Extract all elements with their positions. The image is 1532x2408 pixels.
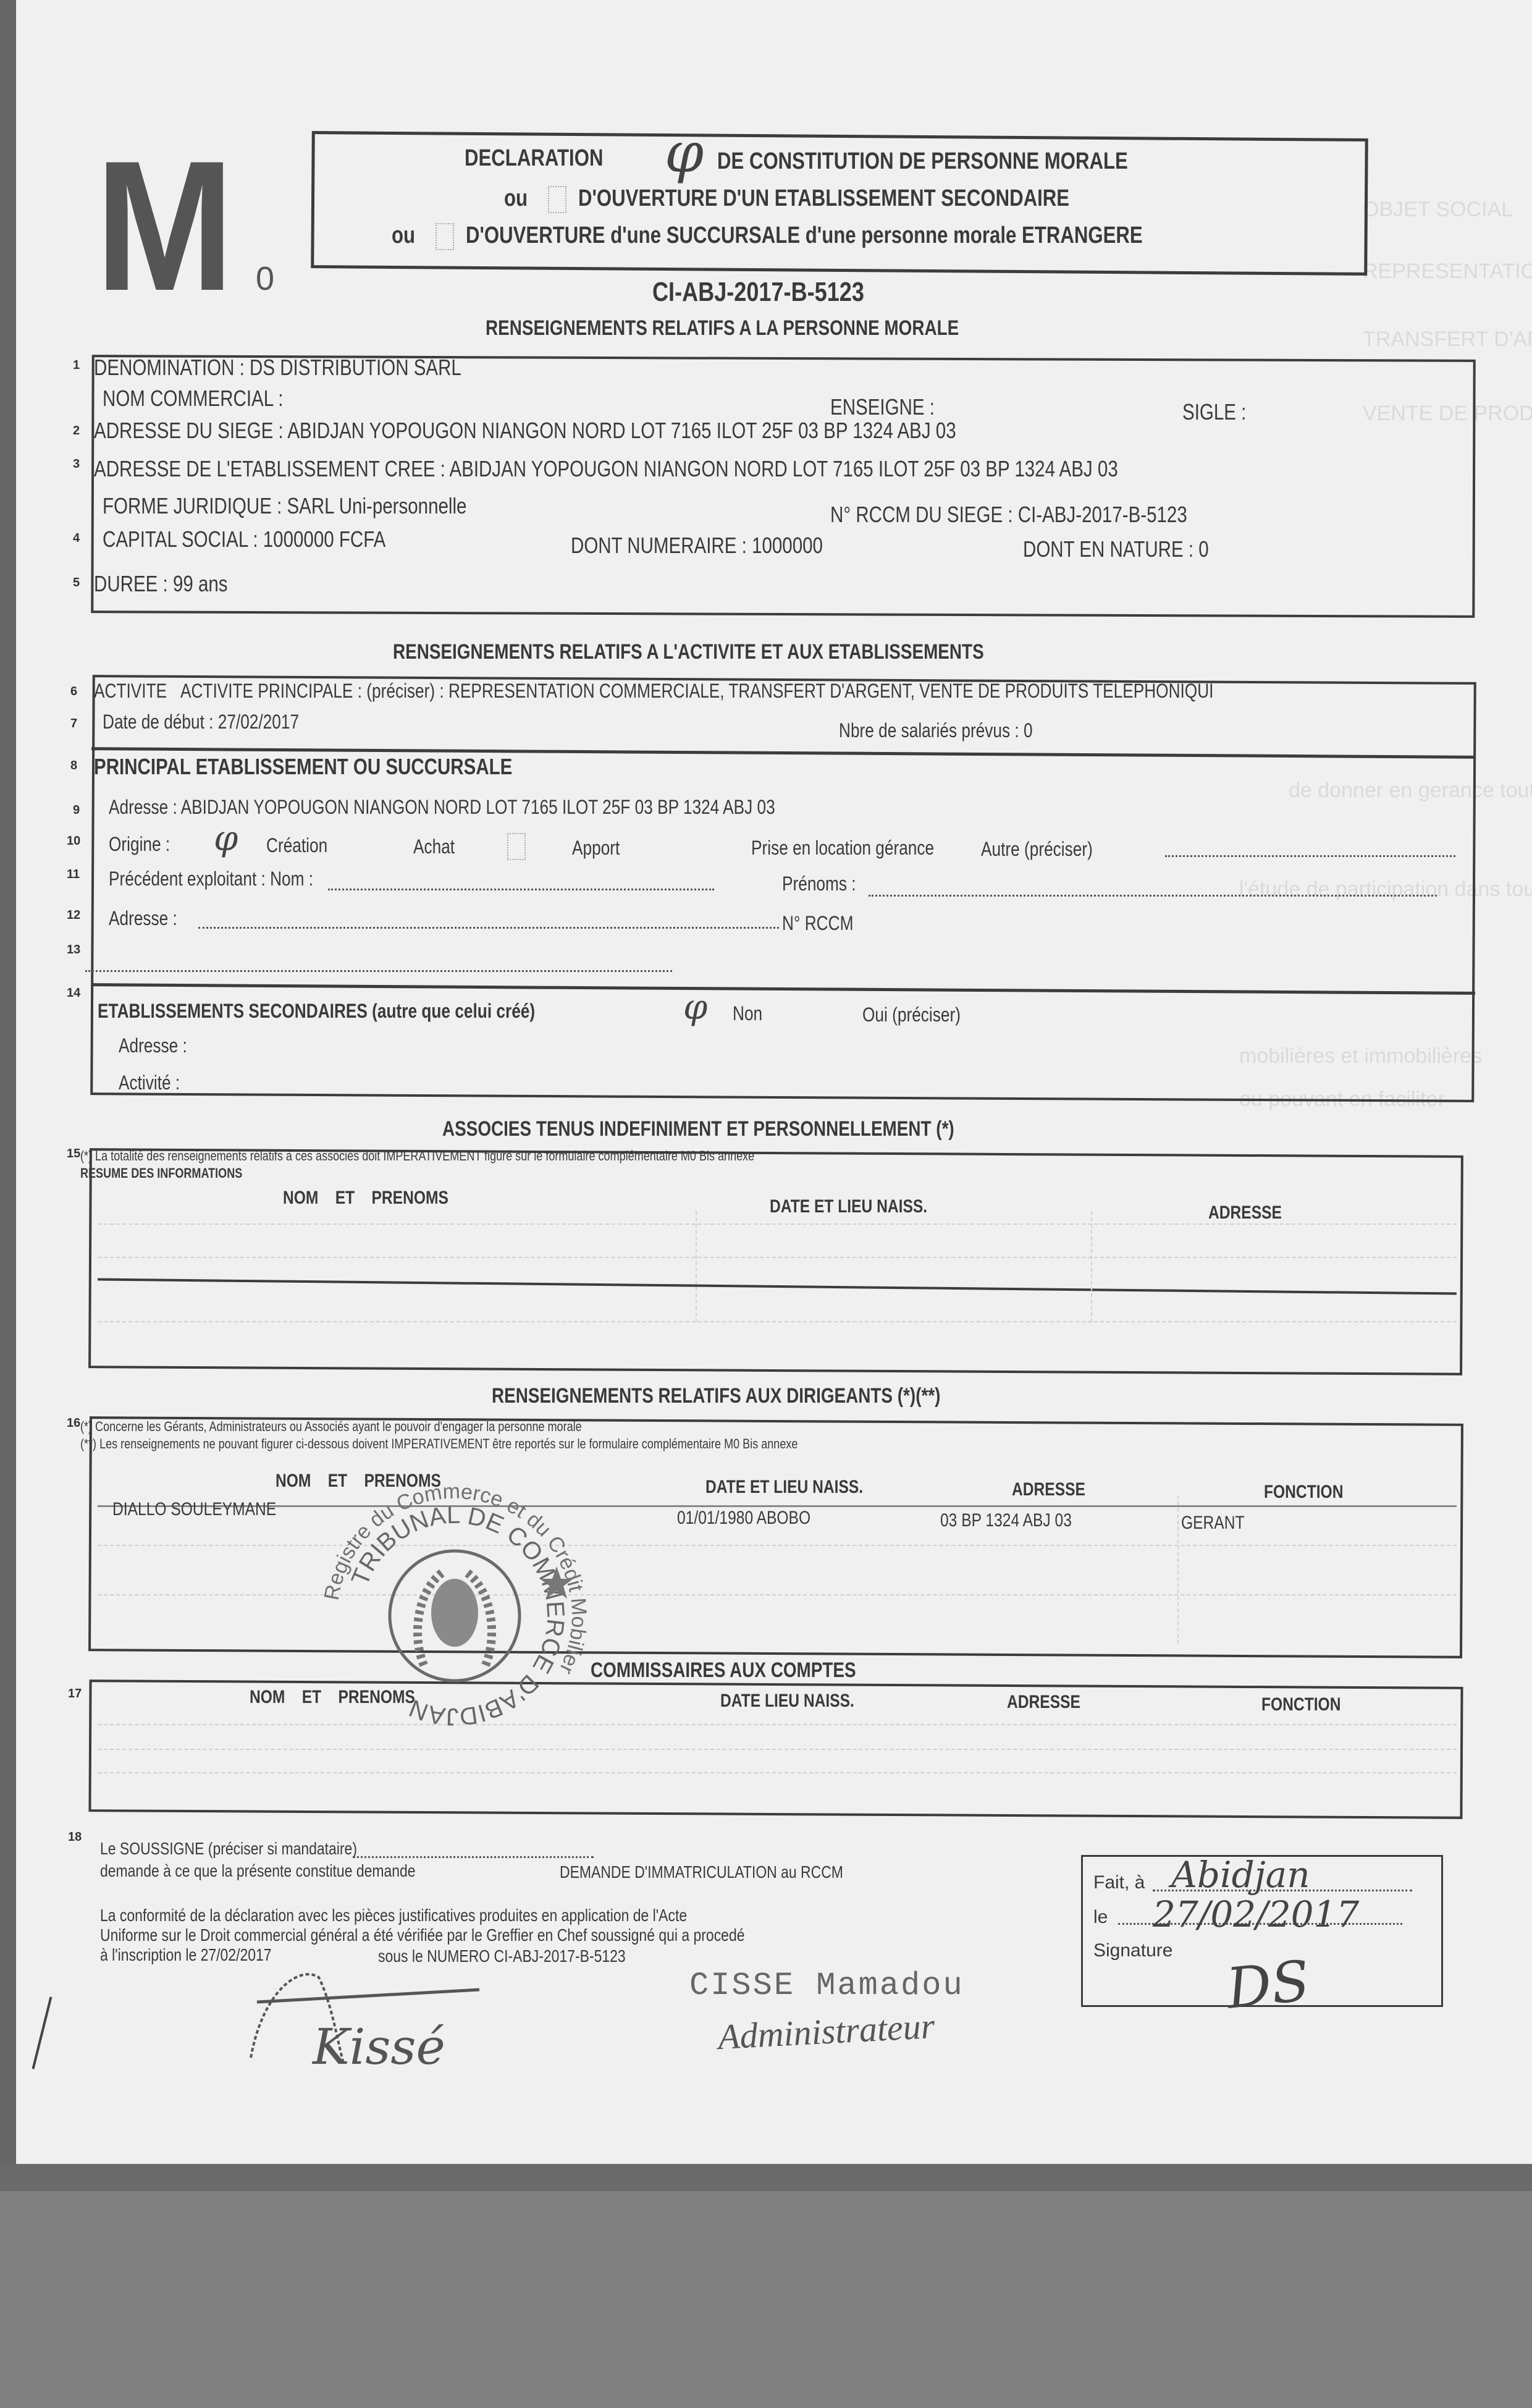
dirigeants-note-2: (**) Les renseignements ne pouvant figur… xyxy=(80,1436,955,1452)
check-mark-icon: φ xyxy=(683,987,707,1028)
pen-stroke xyxy=(32,1996,53,2069)
bleed-through-text: REPRESENTATION COMMERCIALE xyxy=(1363,260,1532,284)
signature-label: Signature xyxy=(1093,1940,1172,1961)
section-title-activite: RENSEIGNEMENTS RELATIFS A L'ACTIVITE ET … xyxy=(393,640,1114,664)
table-gridline xyxy=(98,1223,1457,1225)
conformite-line-3: à l'inscription le 27/02/2017 xyxy=(100,1945,309,1965)
field-duree: DUREE : 99 ans xyxy=(94,571,257,597)
associes-col-nom: NOM ET PRENOMS xyxy=(283,1188,485,1209)
scan-edge-band xyxy=(0,2164,1532,2191)
field-precedent-nom: Précédent exploitant : Nom : xyxy=(109,868,358,890)
table-gridline xyxy=(696,1211,697,1322)
field-dont-numeraire: DONT NUMERAIRE : 1000000 xyxy=(571,533,878,559)
form-logo-subscript: 0 xyxy=(256,260,274,298)
document-page: OBJET SOCIAL REPRESENTATION COMMERCIALE … xyxy=(16,0,1532,2164)
table-gridline xyxy=(98,1749,1457,1750)
check-mark-icon: φ xyxy=(214,819,238,859)
associes-subtitle: RESUME DES INFORMATIONS xyxy=(80,1165,278,1181)
etab-option-non[interactable]: Non xyxy=(733,1002,769,1025)
form-logo: M xyxy=(95,133,243,318)
dirigeant-nom: DIALLO SOULEYMANE xyxy=(112,1499,312,1520)
line-number: 5 xyxy=(73,576,80,590)
section-dirigeants xyxy=(88,1416,1463,1658)
commissaires-col-adresse: ADRESSE xyxy=(1007,1692,1096,1713)
field-nom-commercial: NOM COMMERCIAL : xyxy=(103,386,323,412)
conformite-line-1: La conformité de la déclaration avec les… xyxy=(100,1906,816,1925)
checkbox-apport[interactable] xyxy=(507,833,526,860)
line-number: 8 xyxy=(70,759,77,773)
line-number: 16 xyxy=(67,1416,80,1430)
declaration-option-succursale[interactable]: ou D'OUVERTURE d'une SUCCURSALE d'une pe… xyxy=(392,222,1291,250)
origine-option-autre[interactable]: Autre (préciser) xyxy=(981,838,1117,861)
line-number: 2 xyxy=(73,424,80,438)
demande-text: demande à ce que la présente constitue d… xyxy=(100,1861,485,1881)
line-number: 12 xyxy=(67,908,80,923)
demande-type: DEMANDE D'IMMATRICULATION au RCCM xyxy=(560,1862,906,1882)
conformite-line-2: Uniforme sur le Droit commercial général… xyxy=(100,1925,886,1945)
checkbox-etablissement[interactable] xyxy=(548,186,566,213)
rccm-number: CI-ABJ-2017-B-5123 xyxy=(652,277,911,308)
line-number: 18 xyxy=(68,1830,82,1844)
fait-a-label: Fait, à xyxy=(1093,1872,1145,1893)
line-number: 11 xyxy=(67,868,80,882)
etab-option-oui[interactable]: Oui (préciser) xyxy=(862,1003,982,1026)
dirigeants-col-adresse: ADRESSE xyxy=(1012,1479,1101,1500)
field-etab-adresse: Adresse : xyxy=(119,1034,202,1057)
field-rccm-siege: N° RCCM DU SIEGE : CI-ABJ-2017-B-5123 xyxy=(830,502,1266,528)
dirigeants-note-1: (*) Concerne les Gérants, Administrateur… xyxy=(80,1419,692,1435)
field-adresse-principal: Adresse : ABIDJAN YOPOUGON NIANGON NORD … xyxy=(109,796,922,819)
adresse-precedent-input[interactable] xyxy=(198,927,779,929)
line-number: 10 xyxy=(67,834,80,848)
bleed-through-text: OBJET SOCIAL xyxy=(1363,198,1513,222)
table-gridline xyxy=(98,1594,1457,1595)
origine-option-apport[interactable]: Apport xyxy=(572,837,630,860)
field-dont-nature: DONT EN NATURE : 0 xyxy=(1023,536,1250,562)
line-number: 15 xyxy=(67,1147,80,1161)
origine-option-location-gerance[interactable]: Prise en location gérance xyxy=(751,837,974,860)
dirigeant-adresse: 03 BP 1324 ABJ 03 xyxy=(940,1510,1101,1531)
section-title-associes: ASSOCIES TENUS INDEFINIMENT ET PERSONNEL… xyxy=(442,1117,1067,1141)
line-number: 14 xyxy=(67,986,80,1000)
field-nbre-salaries: Nbre de salariés prévus : 0 xyxy=(839,719,1075,742)
dirigeants-col-date: DATE ET LIEU NAISS. xyxy=(705,1477,898,1498)
associes-note: (*) La totalité des renseignements rélat… xyxy=(80,1148,903,1164)
field-denomination: DENOMINATION : DS DISTRIBUTION SARL xyxy=(94,355,542,381)
fait-a-value: Abidjan xyxy=(1171,1854,1310,1896)
table-gridline xyxy=(98,1772,1457,1773)
field-etablissements-secondaires: ETABLISSEMENTS SECONDAIRES (autre que ce… xyxy=(98,1000,631,1023)
applicant-signature: DS xyxy=(1224,1948,1313,2021)
declaration-option-etablissement[interactable]: ou D'OUVERTURE D'UN ETABLISSEMENT SECOND… xyxy=(504,185,1177,213)
declaration-label-constitution: DE CONSTITUTION DE PERSONNE MORALE xyxy=(717,148,1218,175)
field-adresse-etablissement: ADRESSE DE L'ETABLISSEMENT CREE : ABIDJA… xyxy=(94,456,1343,482)
section-title-personne-morale: RENSEIGNEMENTS RELATIFS A LA PERSONNE MO… xyxy=(486,316,1063,340)
line-number: 4 xyxy=(73,531,80,546)
bleed-through-text: TRANSFERT D'ARGENT xyxy=(1363,327,1532,352)
field-rccm-precedent: N° RCCM xyxy=(782,912,869,935)
field-capital-social: CAPITAL SOCIAL : 1000000 FCFA xyxy=(103,526,448,552)
autre-preciser-input[interactable] xyxy=(1165,855,1455,857)
line-number: 1 xyxy=(73,358,80,373)
associes-col-date: DATE ET LIEU NAISS. xyxy=(770,1196,962,1217)
line-number: 6 xyxy=(70,685,77,699)
origine-option-achat[interactable]: Achat xyxy=(413,835,464,858)
field-etab-activite: Activité : xyxy=(119,1071,193,1094)
precedent-nom-input[interactable] xyxy=(328,889,714,890)
line-number: 9 xyxy=(73,803,80,817)
scan-left-edge xyxy=(0,0,16,2164)
table-gridline xyxy=(98,1321,1457,1322)
soussigne-input[interactable] xyxy=(353,1856,594,1858)
commissaires-col-fonction: FONCTION xyxy=(1261,1694,1358,1715)
origine-row: Origine : xyxy=(109,833,183,856)
table-gridline xyxy=(1091,1211,1092,1322)
line-number: 13 xyxy=(67,943,80,957)
le-label: le xyxy=(1093,1907,1108,1928)
dirigeants-col-fonction: FONCTION xyxy=(1264,1482,1361,1503)
field-adresse-siege: ADRESSE DU SIEGE : ABIDJAN YOPOUGON NIAN… xyxy=(94,418,1145,444)
field-forme-juridique: FORME JURIDIQUE : SARL Uni-personnelle xyxy=(103,493,547,519)
prenoms-input[interactable] xyxy=(869,895,1437,897)
check-mark-icon: φ xyxy=(665,120,704,185)
greffier-title-stamp: Administrateur xyxy=(717,2005,935,2058)
section-title-dirigeants: RENSEIGNEMENTS RELATIFS AUX DIRIGEANTS (… xyxy=(492,1384,1039,1408)
commissaires-col-date: DATE LIEU NAISS. xyxy=(720,1691,883,1712)
dirigeant-fonction: GERANT xyxy=(1181,1513,1258,1534)
field-activite: ACTIVITE ACTIVITE PRINCIPALE : (préciser… xyxy=(94,680,1459,703)
line-13-input[interactable] xyxy=(85,970,672,972)
checkbox-succursale[interactable] xyxy=(436,223,454,250)
greffier-signature: Kissé xyxy=(245,1965,529,2089)
field-date-debut: Date de début : 27/02/2017 xyxy=(103,711,342,733)
table-gridline xyxy=(98,1545,1457,1546)
court-seal-stamp: Registre du Commerce et du Crédit Mobili… xyxy=(319,1480,591,1752)
table-gridline xyxy=(98,1724,1457,1725)
greffier-name-stamp: CISSE Mamadou xyxy=(689,1967,964,2004)
dirigeant-date-lieu: 01/01/1980 ABOBO xyxy=(677,1508,840,1529)
field-adresse-precedent: Adresse : xyxy=(109,907,192,930)
table-gridline xyxy=(1177,1495,1179,1644)
field-prenoms: Prénoms : xyxy=(782,872,872,895)
section-associes xyxy=(88,1148,1463,1375)
le-value: 27/02/2017 xyxy=(1153,1893,1359,1935)
line-number: 7 xyxy=(70,717,77,731)
line-number: 17 xyxy=(68,1687,82,1701)
field-sigle: SIGLE : xyxy=(1182,399,1260,425)
section-title-commissaires: COMMISSAIRES AUX COMPTES xyxy=(591,1658,914,1683)
associes-col-adresse: ADRESSE xyxy=(1208,1202,1298,1223)
field-enseigne: ENSEIGNE : xyxy=(830,394,958,420)
conformite-numero: sous le NUMERO CI-ABJ-2017-B-5123 xyxy=(378,1946,680,1966)
table-gridline xyxy=(98,1257,1457,1258)
declaration-option-constitution[interactable]: DECLARATION xyxy=(465,145,634,172)
svg-text:Kissé: Kissé xyxy=(311,2018,445,2076)
principal-etablissement-title: PRINCIPAL ETABLISSEMENT OU SUCCURSALE xyxy=(94,754,604,780)
origine-option-creation[interactable]: Création xyxy=(266,834,341,857)
line-number: 3 xyxy=(73,457,80,471)
